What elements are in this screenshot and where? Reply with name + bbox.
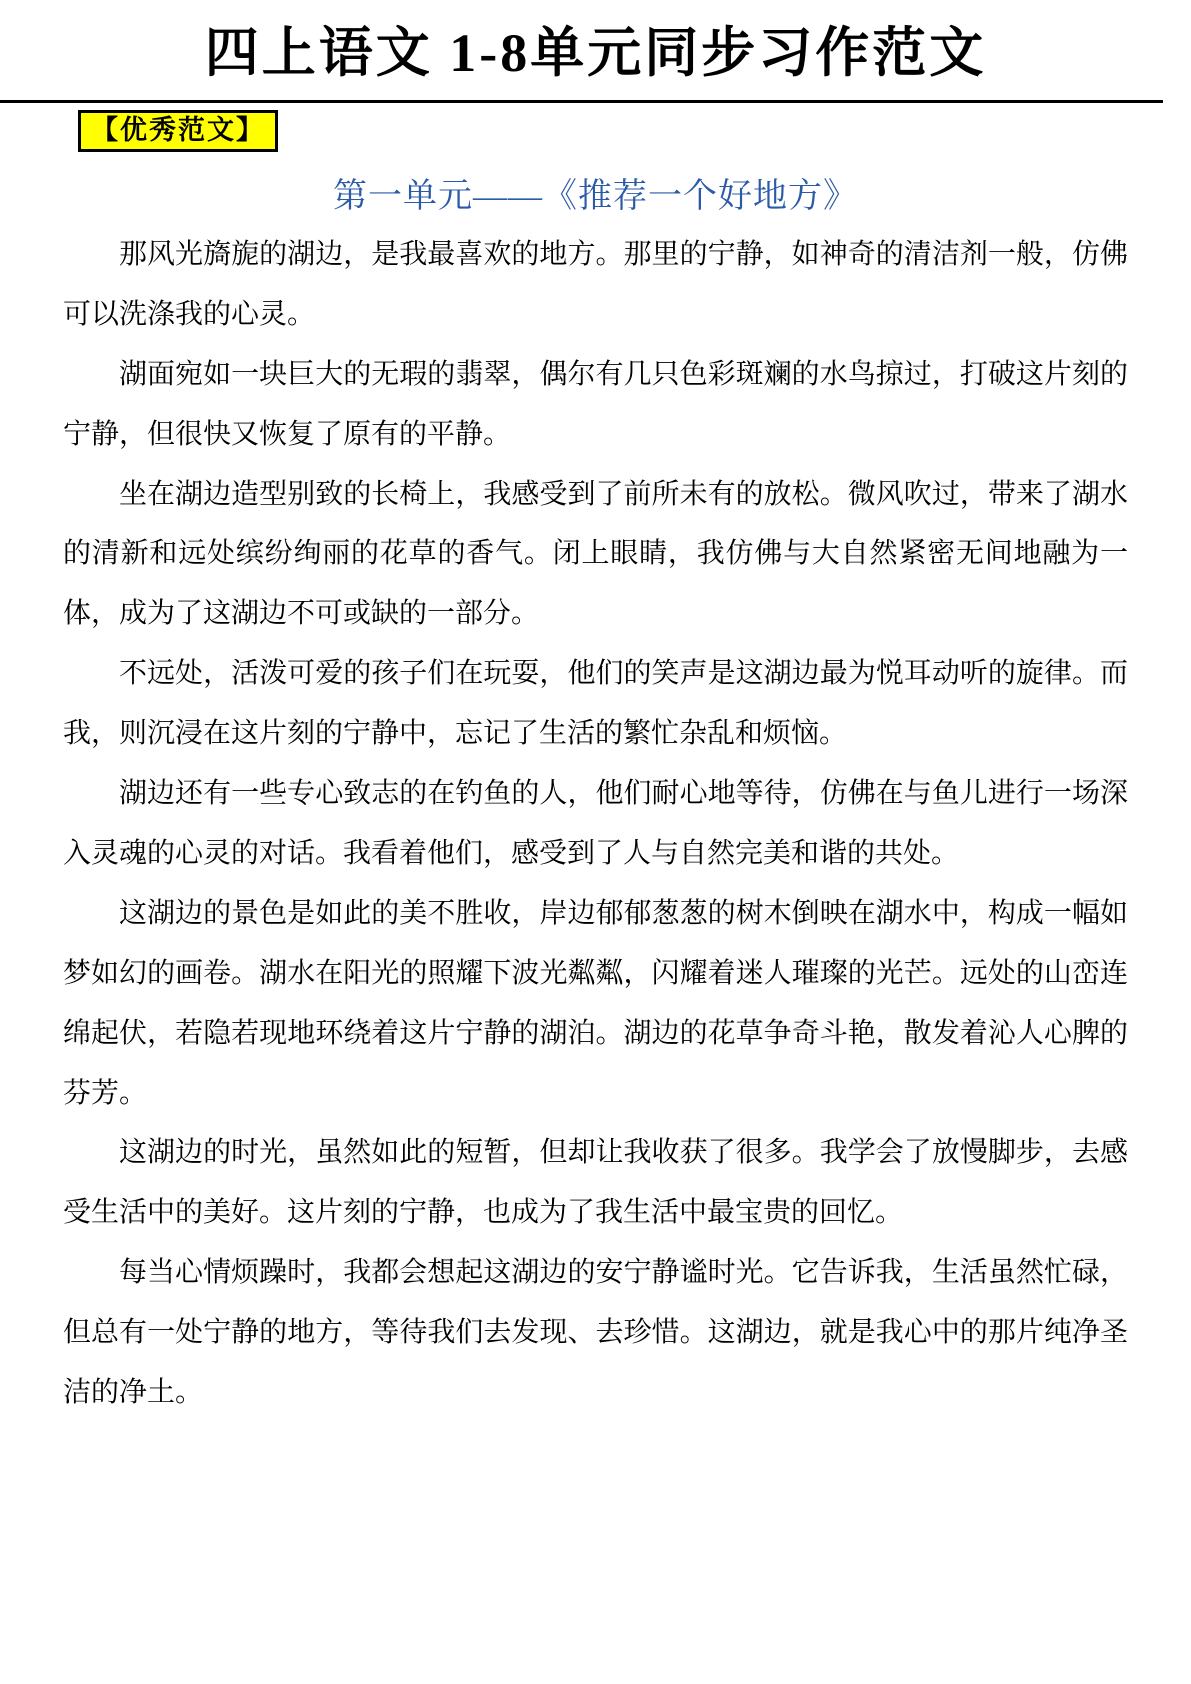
badge-row: 【优秀范文】 [78,110,1191,152]
excellent-essay-badge: 【优秀范文】 [78,110,278,152]
unit-heading: 第一单元——《推荐一个好地方》 [0,168,1191,217]
essay-paragraph: 坐在湖边造型别致的长椅上，我感受到了前所未有的放松。微风吹过，带来了湖水的清新和… [63,465,1128,645]
title-divider [0,100,1163,103]
essay-paragraph: 湖面宛如一块巨大的无瑕的翡翠，偶尔有几只色彩斑斓的水鸟掠过，打破这片刻的宁静，但… [63,345,1128,465]
essay-paragraph: 那风光旖旎的湖边，是我最喜欢的地方。那里的宁静，如神奇的清洁剂一般，仿佛可以洗涤… [63,225,1128,345]
document-page: 四上语文 1-8单元同步习作范文 【优秀范文】 第一单元——《推荐一个好地方》 … [0,0,1191,1684]
document-title: 四上语文 1-8单元同步习作范文 [0,20,1191,88]
essay-paragraph: 不远处，活泼可爱的孩子们在玩耍，他们的笑声是这湖边最为悦耳动听的旋律。而我，则沉… [63,644,1128,764]
essay-paragraph: 湖边还有一些专心致志的在钓鱼的人，他们耐心地等待，仿佛在与鱼儿进行一场深入灵魂的… [63,764,1128,884]
essay-paragraph: 每当心情烦躁时，我都会想起这湖边的安宁静谧时光。它告诉我，生活虽然忙碌，但总有一… [63,1243,1128,1423]
essay-body: 那风光旖旎的湖边，是我最喜欢的地方。那里的宁静，如神奇的清洁剂一般，仿佛可以洗涤… [0,225,1191,1483]
essay-paragraph: 这湖边的时光，虽然如此的短暂，但却让我收获了很多。我学会了放慢脚步，去感受生活中… [63,1123,1128,1243]
essay-paragraph: 这湖边的景色是如此的美不胜收，岸边郁郁葱葱的树木倒映在湖水中，构成一幅如梦如幻的… [63,884,1128,1124]
